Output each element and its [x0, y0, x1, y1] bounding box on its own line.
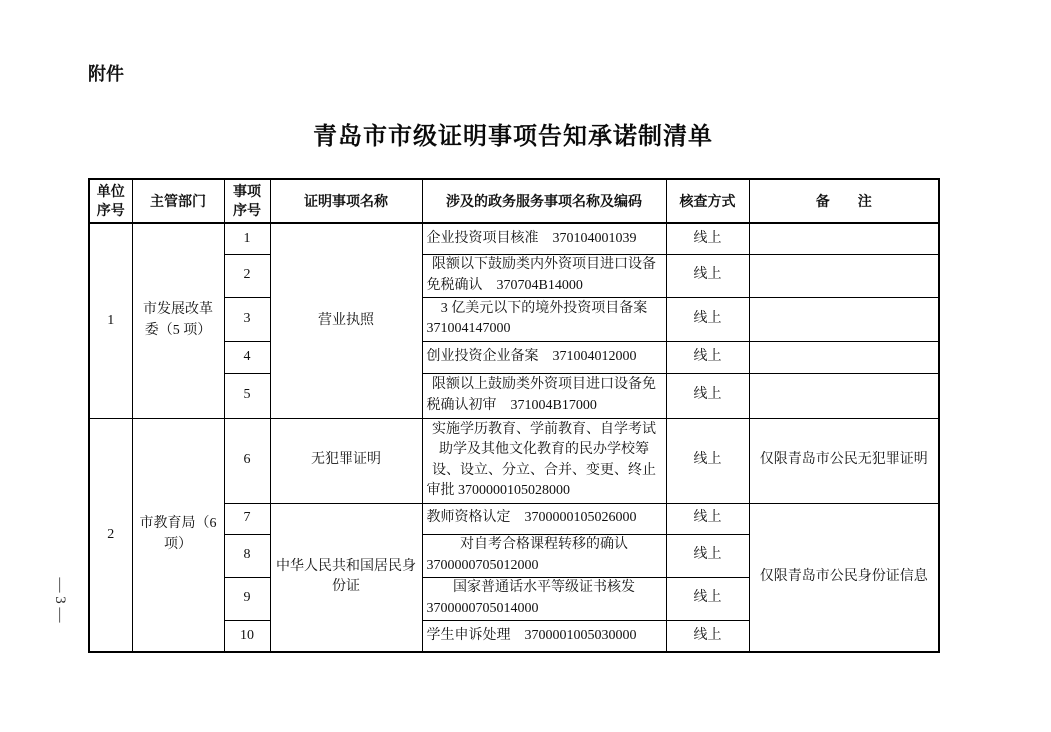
cell-service: 对自考合格课程转移的确认 3700000705012000 [422, 534, 666, 577]
cell-service: 3 亿美元以下的境外投资项目备案 371004147000 [422, 297, 666, 341]
cell-service: 限额以上鼓励类外资项目进口设备免税确认初审 371004B17000 [422, 373, 666, 418]
cell-check-method: 线上 [666, 223, 749, 254]
cell-check-method: 线上 [666, 534, 749, 577]
cell-remark [749, 297, 939, 341]
header-item-no: 事项序号 [224, 179, 270, 223]
document-page: 附件 青岛市市级证明事项告知承诺制清单 — 3 — 单位序号 主管部门 事项序号… [0, 0, 1051, 732]
cell-item-no: 2 [224, 254, 270, 297]
cert-items-table: 单位序号 主管部门 事项序号 证明事项名称 涉及的政务服务事项名称及编码 核查方… [88, 178, 940, 653]
cell-cert-name: 营业执照 [270, 223, 422, 418]
cell-unit-no: 1 [89, 223, 132, 418]
attachment-label: 附件 [88, 60, 124, 86]
cell-department: 市教育局（6 项） [132, 418, 224, 652]
header-cert-name: 证明事项名称 [270, 179, 422, 223]
header-check-method: 核查方式 [666, 179, 749, 223]
cell-cert-name: 中华人民共和国居民身份证 [270, 503, 422, 652]
cell-remark [749, 254, 939, 297]
cell-service: 创业投资企业备案 371004012000 [422, 341, 666, 373]
header-unit-no: 单位序号 [89, 179, 132, 223]
header-department: 主管部门 [132, 179, 224, 223]
cell-service: 教师资格认定 3700000105026000 [422, 503, 666, 534]
cell-check-method: 线上 [666, 373, 749, 418]
cell-check-method: 线上 [666, 341, 749, 373]
cell-remark [749, 373, 939, 418]
cell-check-method: 线上 [666, 297, 749, 341]
cell-item-no: 5 [224, 373, 270, 418]
cell-item-no: 9 [224, 577, 270, 620]
cell-service: 学生申诉处理 3700001005030000 [422, 620, 666, 652]
cell-item-no: 7 [224, 503, 270, 534]
cell-item-no: 4 [224, 341, 270, 373]
cell-department: 市发展改革委（5 项） [132, 223, 224, 418]
table-row: 2 市教育局（6 项） 6 无犯罪证明 实施学历教育、学前教育、自学考试助学及其… [89, 418, 939, 503]
table-header-row: 单位序号 主管部门 事项序号 证明事项名称 涉及的政务服务事项名称及编码 核查方… [89, 179, 939, 223]
cell-cert-name: 无犯罪证明 [270, 418, 422, 503]
header-service: 涉及的政务服务事项名称及编码 [422, 179, 666, 223]
cell-unit-no: 2 [89, 418, 132, 652]
cell-check-method: 线上 [666, 418, 749, 503]
cell-item-no: 3 [224, 297, 270, 341]
cell-remark: 仅限青岛市公民身份证信息 [749, 503, 939, 652]
cell-item-no: 10 [224, 620, 270, 652]
cell-service: 国家普通话水平等级证书核发 3700000705014000 [422, 577, 666, 620]
cell-service: 实施学历教育、学前教育、自学考试助学及其他文化教育的民办学校筹设、设立、分立、合… [422, 418, 666, 503]
cell-item-no: 8 [224, 534, 270, 577]
cell-remark [749, 341, 939, 373]
cell-check-method: 线上 [666, 620, 749, 652]
cell-check-method: 线上 [666, 577, 749, 620]
cell-check-method: 线上 [666, 503, 749, 534]
header-remark: 备 注 [749, 179, 939, 223]
cell-remark [749, 223, 939, 254]
cell-check-method: 线上 [666, 254, 749, 297]
page-number: — 3 — [48, 560, 68, 640]
cell-service: 限额以下鼓励类内外资项目进口设备免税确认 370704B14000 [422, 254, 666, 297]
cell-item-no: 1 [224, 223, 270, 254]
table-row: 1 市发展改革委（5 项） 1 营业执照 企业投资项目核准 3701040010… [89, 223, 939, 254]
cell-remark: 仅限青岛市公民无犯罪证明 [749, 418, 939, 503]
cell-item-no: 6 [224, 418, 270, 503]
page-title: 青岛市市级证明事项告知承诺制清单 [88, 116, 938, 151]
cell-service: 企业投资项目核准 370104001039 [422, 223, 666, 254]
